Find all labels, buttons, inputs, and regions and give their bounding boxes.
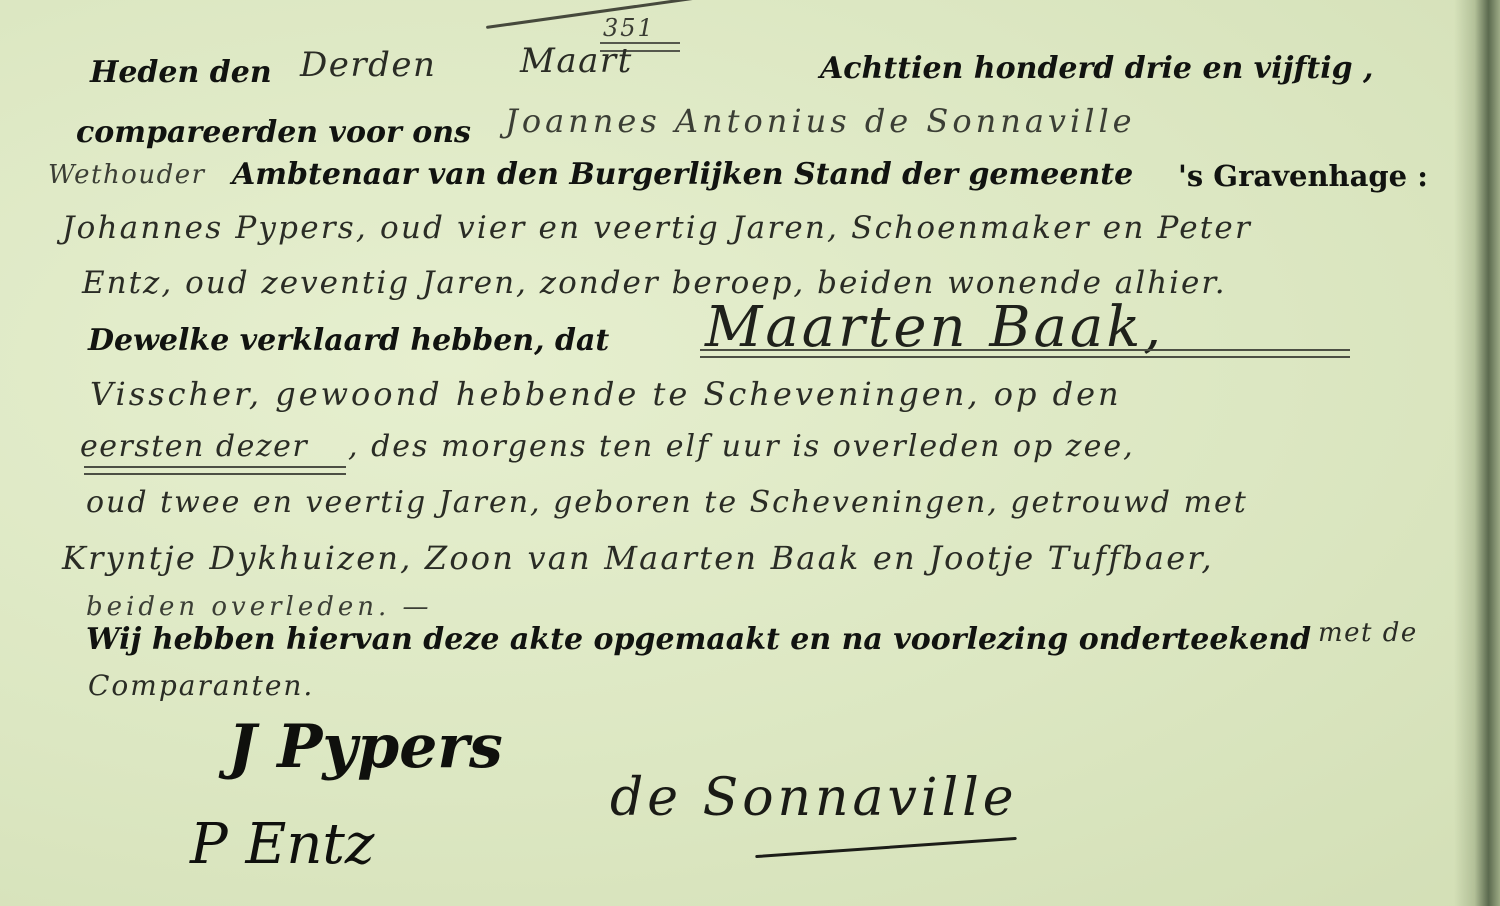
- hand-comparanten: Comparanten.: [88, 672, 314, 700]
- hand-spouse-parents: Kryntje Dykhuizen, Zoon van Maarten Baak…: [62, 542, 1214, 574]
- printed-compareerden: compareerden voor ons: [76, 118, 471, 148]
- act-number: 351: [603, 14, 655, 42]
- printed-city: 's Gravenhage :: [1178, 162, 1428, 191]
- printed-heden-den: Heden den: [90, 58, 272, 88]
- printed-dewelke: Dewelke verklaard hebben, dat: [88, 326, 609, 356]
- hand-date-of-death: eersten dezer: [80, 432, 308, 462]
- printed-closing: Wij hebben hiervan deze akte opgemaakt e…: [86, 625, 1311, 655]
- printed-year: Achttien honderd drie en vijftig ,: [820, 54, 1374, 84]
- hand-met-de: met de: [1318, 620, 1418, 646]
- hand-official-name: Joannes Antonius de Sonnaville: [505, 105, 1136, 137]
- signature-witness-1: J Pypers: [228, 712, 503, 782]
- page-edge-shadow: [1454, 0, 1500, 906]
- date-underline: [84, 466, 346, 475]
- printed-ambtenaar: Ambtenaar van den Burgerlijken Stand der…: [232, 160, 1133, 190]
- hand-day: Derden: [300, 48, 436, 82]
- hand-wethouder: Wethouder: [48, 162, 206, 188]
- hand-occupation-line: Visscher, gewoond hebbende te Schevening…: [90, 378, 1122, 410]
- deceased-name-underline: [700, 349, 1350, 358]
- hand-time-place: , des morgens ten elf uur is overleden o…: [348, 432, 1135, 462]
- hand-month: Maart: [520, 44, 633, 78]
- hand-witness-line-1: Johannes Pypers, oud vier en veertig Jar…: [62, 213, 1252, 244]
- signature-official: de Sonnaville: [610, 768, 1018, 828]
- hand-age-birthplace: oud twee en veertig Jaren, geboren te Sc…: [86, 488, 1248, 518]
- signature-witness-2: P Entz: [190, 812, 374, 877]
- hand-deceased-name: Maarten Baak,: [705, 300, 1164, 356]
- hand-parents-status: beiden overleden. —: [86, 594, 433, 620]
